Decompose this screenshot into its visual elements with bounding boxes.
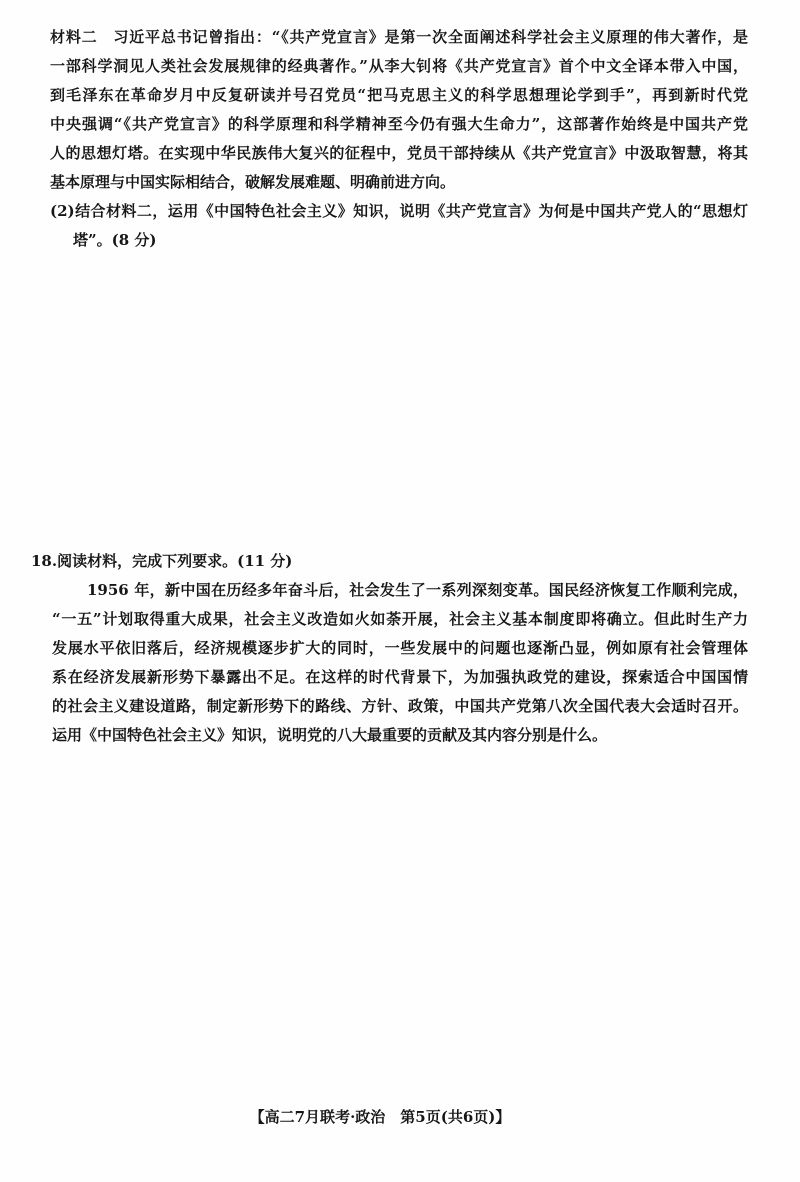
question-18-section: 18.阅读材料，完成下列要求。(11 分) 1956 年，新中国在历经多年奋斗后… [31, 547, 748, 750]
text-line: 人的思想灯塔。在实现中华民族伟大复兴的征程中，党员干部持续从《共产党宣言》中汲取… [50, 139, 748, 168]
text-line: 1956 年，新中国在历经多年奋斗后，社会发生了一系列深刻变革。国民经济恢复工作… [52, 576, 748, 605]
text-line: 到毛泽东在革命岁月中反复研读并号召党员“把马克思主义的科学思想理论学到手”，再到… [50, 81, 748, 110]
text-line: 系在经济发展新形势下暴露出不足。在这样的时代背景下，为加强执政党的建设，探索适合… [52, 663, 748, 692]
text-line: 一部科学洞见人类社会发展规律的经典著作。”从李大钊将《共产党宣言》首个中文全译本… [50, 52, 748, 81]
exam-page: 材料二 习近平总书记曾指出：“《共产党宣言》是第一次全面阐述科学社会主义原理的伟… [0, 0, 800, 1182]
question-18-header: 18.阅读材料，完成下列要求。(11 分) [31, 547, 748, 576]
question-18-task: 运用《中国特色社会主义》知识，说明党的八大最重要的贡献及其内容分别是什么。 [31, 721, 748, 750]
material-2-paragraph: 材料二 习近平总书记曾指出：“《共产党宣言》是第一次全面阐述科学社会主义原理的伟… [50, 23, 748, 197]
question-17-sub-question-2: (2)结合材料二，运用《中国特色社会主义》知识，说明《共产党宣言》为何是中国共产… [50, 197, 748, 255]
text-line: 基本原理与中国实际相结合，破解发展难题、明确前进方向。 [50, 168, 748, 197]
text-line: 中央强调“《共产党宣言》的科学原理和科学精神至今仍有强大生命力”，这部著作始终是… [50, 110, 748, 139]
text-line: 发展水平依旧落后，经济规模逐步扩大的同时，一些发展中的问题也逐渐凸显，例如原有社… [52, 634, 748, 663]
text-line: 的社会主义建设道路，制定新形势下的路线、方针、政策，中国共产党第八次全国代表大会… [52, 692, 748, 721]
text-line: 塔”。(8 分) [50, 226, 748, 255]
question-17-material-2-section: 材料二 习近平总书记曾指出：“《共产党宣言》是第一次全面阐述科学社会主义原理的伟… [50, 23, 748, 255]
page-footer: 【高二7月联考·政治 第5页(共6页)】 [0, 1105, 760, 1129]
text-line: (2)结合材料二，运用《中国特色社会主义》知识，说明《共产党宣言》为何是中国共产… [50, 197, 748, 226]
text-line: “一五”计划取得重大成果，社会主义改造如火如荼开展，社会主义基本制度即将确立。但… [52, 605, 748, 634]
question-18-material-paragraph: 1956 年，新中国在历经多年奋斗后，社会发生了一系列深刻变革。国民经济恢复工作… [31, 576, 748, 721]
text-line: 材料二 习近平总书记曾指出：“《共产党宣言》是第一次全面阐述科学社会主义原理的伟… [50, 23, 748, 52]
